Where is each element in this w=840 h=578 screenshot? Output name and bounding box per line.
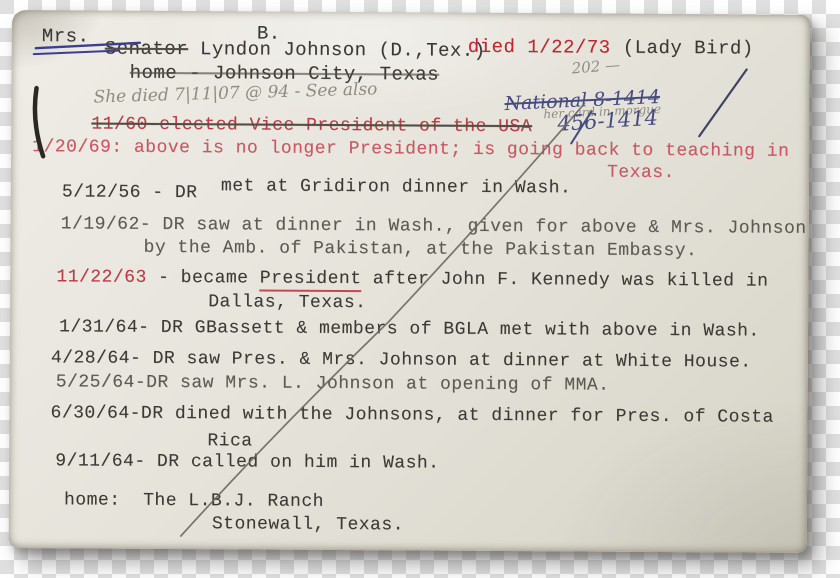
entry-mma: 5/25/64-DR saw Mrs. L. Johnson at openin… [56, 372, 610, 395]
salutation-mrs: Mrs. [42, 25, 90, 47]
home-ranch-line2: Stonewall, Texas. [212, 514, 404, 535]
lady-bird-label: (Lady Bird) [623, 37, 754, 60]
entry-pakistan-line1: 1/19/62- DR saw at dinner in Wash., give… [61, 214, 807, 239]
entry-pakistan-line2: by the Amb. of Pakistan, at the Pakistan… [143, 238, 697, 261]
new-phone-number: 456-1414 [557, 105, 659, 135]
entry-gridiron-date: 5/12/56 - DR [62, 182, 198, 203]
entry-costa-line1: 6/30/64-DR dined with the Johnsons, at d… [50, 403, 773, 427]
entry-white-house: 4/28/64- DR saw Pres. & Mrs. Johnson at … [51, 348, 752, 372]
phone-crossout-slash [699, 69, 746, 136]
card-title-name: Senator Lyndon Johnson (D.,Tex.) [105, 38, 486, 62]
entry-bgla: 1/31/64- DR GBassett & members of BGLA m… [59, 317, 760, 341]
index-card: Mrs. B. Senator Lyndon Johnson (D.,Tex.)… [9, 10, 810, 553]
entry-costa-line2: Rica [207, 431, 252, 451]
kennedy-post-text: after John F. Kennedy was killed in [361, 269, 768, 291]
president-underlined: President [260, 269, 362, 293]
no-longer-president-line1: 1/20/69: above is no longer President; i… [32, 137, 789, 162]
no-longer-president-line2: Texas. [607, 163, 675, 183]
kennedy-pre-text: - became [147, 268, 260, 289]
area-code-note: 202 — [571, 56, 621, 78]
senator-struck-label: Senator [105, 38, 188, 61]
transparency-checkerboard: Mrs. B. Senator Lyndon Johnson (D.,Tex.)… [0, 0, 840, 578]
home-ranch-line1: home: The L.B.J. Ranch [64, 490, 324, 512]
vice-president-struck: 11/60-elected Vice President of the USA [91, 114, 532, 137]
entry-gridiron-text: met at Gridiron dinner in Wash. [221, 176, 571, 198]
person-name: Lyndon Johnson (D.,Tex.) [188, 38, 486, 62]
died-date-red: died 1/22/73 [468, 36, 611, 59]
kennedy-date-red: 11/22/63 [56, 267, 147, 288]
entry-kennedy-line2: Dallas, Texas. [208, 292, 366, 313]
entry-called: 9/11/64- DR called on him in Wash. [55, 451, 439, 473]
entry-kennedy-line1: 11/22/63 - became President after John F… [56, 267, 768, 291]
